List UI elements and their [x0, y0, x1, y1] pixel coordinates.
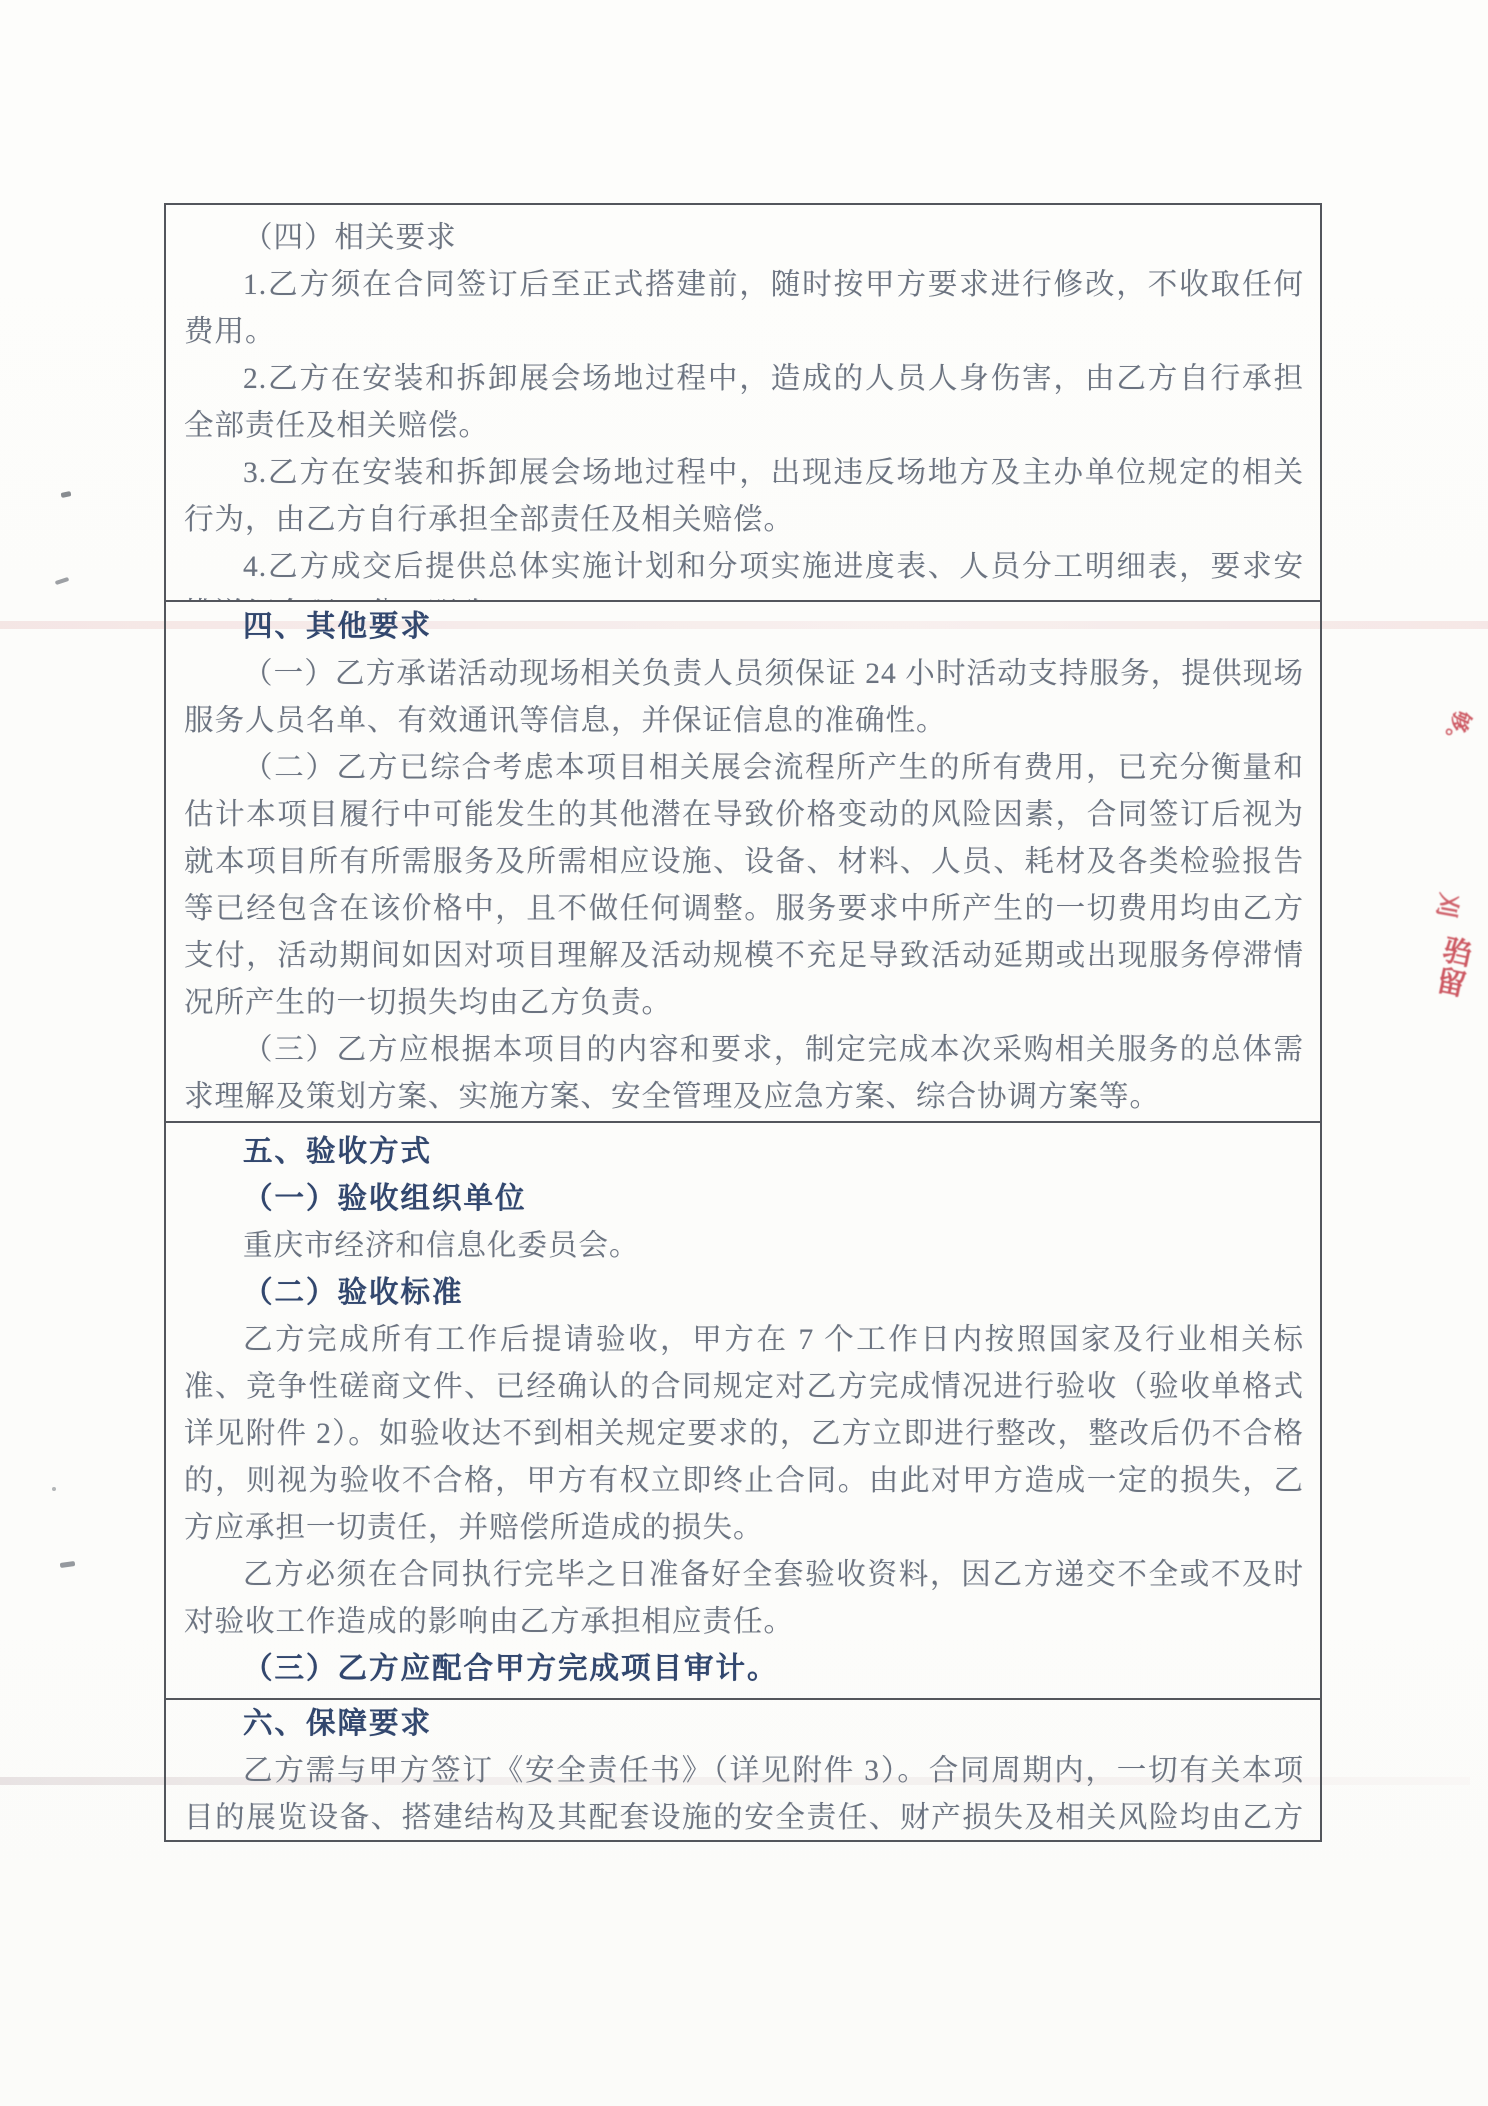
paragraph: 1.乙方须在合同签订后至正式搭建前，随时按甲方要求进行修改，不收取任何费用。: [184, 262, 1304, 356]
paragraph: 3.乙方在安装和拆卸展会场地过程中，出现违反场地方及主办单位规定的相关行为，由乙…: [184, 450, 1304, 544]
paragraph: 乙方必须在合同执行完毕之日准备好全套验收资料，因乙方递交不全或不及时对验收工作造…: [184, 1552, 1304, 1646]
red-ink-mark: 刈: [1431, 891, 1470, 921]
paragraph: （四）相关要求: [184, 215, 1304, 262]
section-heading: 四、其他要求: [184, 604, 1304, 651]
contract-table: （四）相关要求1.乙方须在合同签订后至正式搭建前，随时按甲方要求进行修改，不收取…: [164, 203, 1322, 1842]
scan-speck: [61, 491, 72, 498]
scan-speck: [60, 1561, 76, 1568]
table-row: 六、保障要求乙方需与甲方签订《安全责任书》（详见附件 3）。合同周期内，一切有关…: [166, 1698, 1320, 1840]
red-ink-mark: 驺留: [1426, 932, 1479, 1001]
paragraph: （三）乙方应根据本项目的内容和要求，制定完成本次采购相关服务的总体需求理解及策划…: [184, 1027, 1304, 1121]
paragraph: 重庆市经济和信息化委员会。: [184, 1223, 1304, 1270]
table-row: 四、其他要求（一）乙方承诺活动现场相关负责人员须保证 24 小时活动支持服务，提…: [166, 600, 1320, 1121]
paragraph: （二）乙方已综合考虑本项目相关展会流程所产生的所有费用，已充分衡量和估计本项目履…: [184, 745, 1304, 1027]
paragraph: 乙方需与甲方签订《安全责任书》（详见附件 3）。合同周期内，一切有关本项目的展览…: [184, 1748, 1304, 1840]
section-heading: 六、保障要求: [184, 1701, 1304, 1748]
paragraph: （一）乙方承诺活动现场相关负责人员须保证 24 小时活动支持服务，提供现场服务人…: [184, 651, 1304, 745]
paragraph: 2.乙方在安装和拆卸展会场地过程中，造成的人员人身伤害，由乙方自行承担全部责任及…: [184, 356, 1304, 450]
section-heading: （一）验收组织单位: [184, 1176, 1304, 1223]
section-heading: （三）乙方应配合甲方完成项目审计。: [184, 1646, 1304, 1693]
section-heading: （二）验收标准: [184, 1270, 1304, 1317]
scan-speck: [52, 1487, 56, 1491]
red-ink-mark: 够。: [1435, 706, 1479, 756]
scan-speck: [55, 577, 70, 585]
paragraph: 4.乙方成交后提供总体实施计划和分项实施进度表、人员分工明细表，要求安排详细合理…: [184, 544, 1304, 600]
section-heading: 五、验收方式: [184, 1129, 1304, 1176]
table-row: 五、验收方式（一）验收组织单位重庆市经济和信息化委员会。（二）验收标准乙方完成所…: [166, 1121, 1320, 1698]
scanned-page: （四）相关要求1.乙方须在合同签订后至正式搭建前，随时按甲方要求进行修改，不收取…: [0, 0, 1488, 2106]
paragraph: 乙方完成所有工作后提请验收，甲方在 7 个工作日内按照国家及行业相关标准、竞争性…: [184, 1317, 1304, 1552]
table-row: （四）相关要求1.乙方须在合同签订后至正式搭建前，随时按甲方要求进行修改，不收取…: [166, 205, 1320, 600]
